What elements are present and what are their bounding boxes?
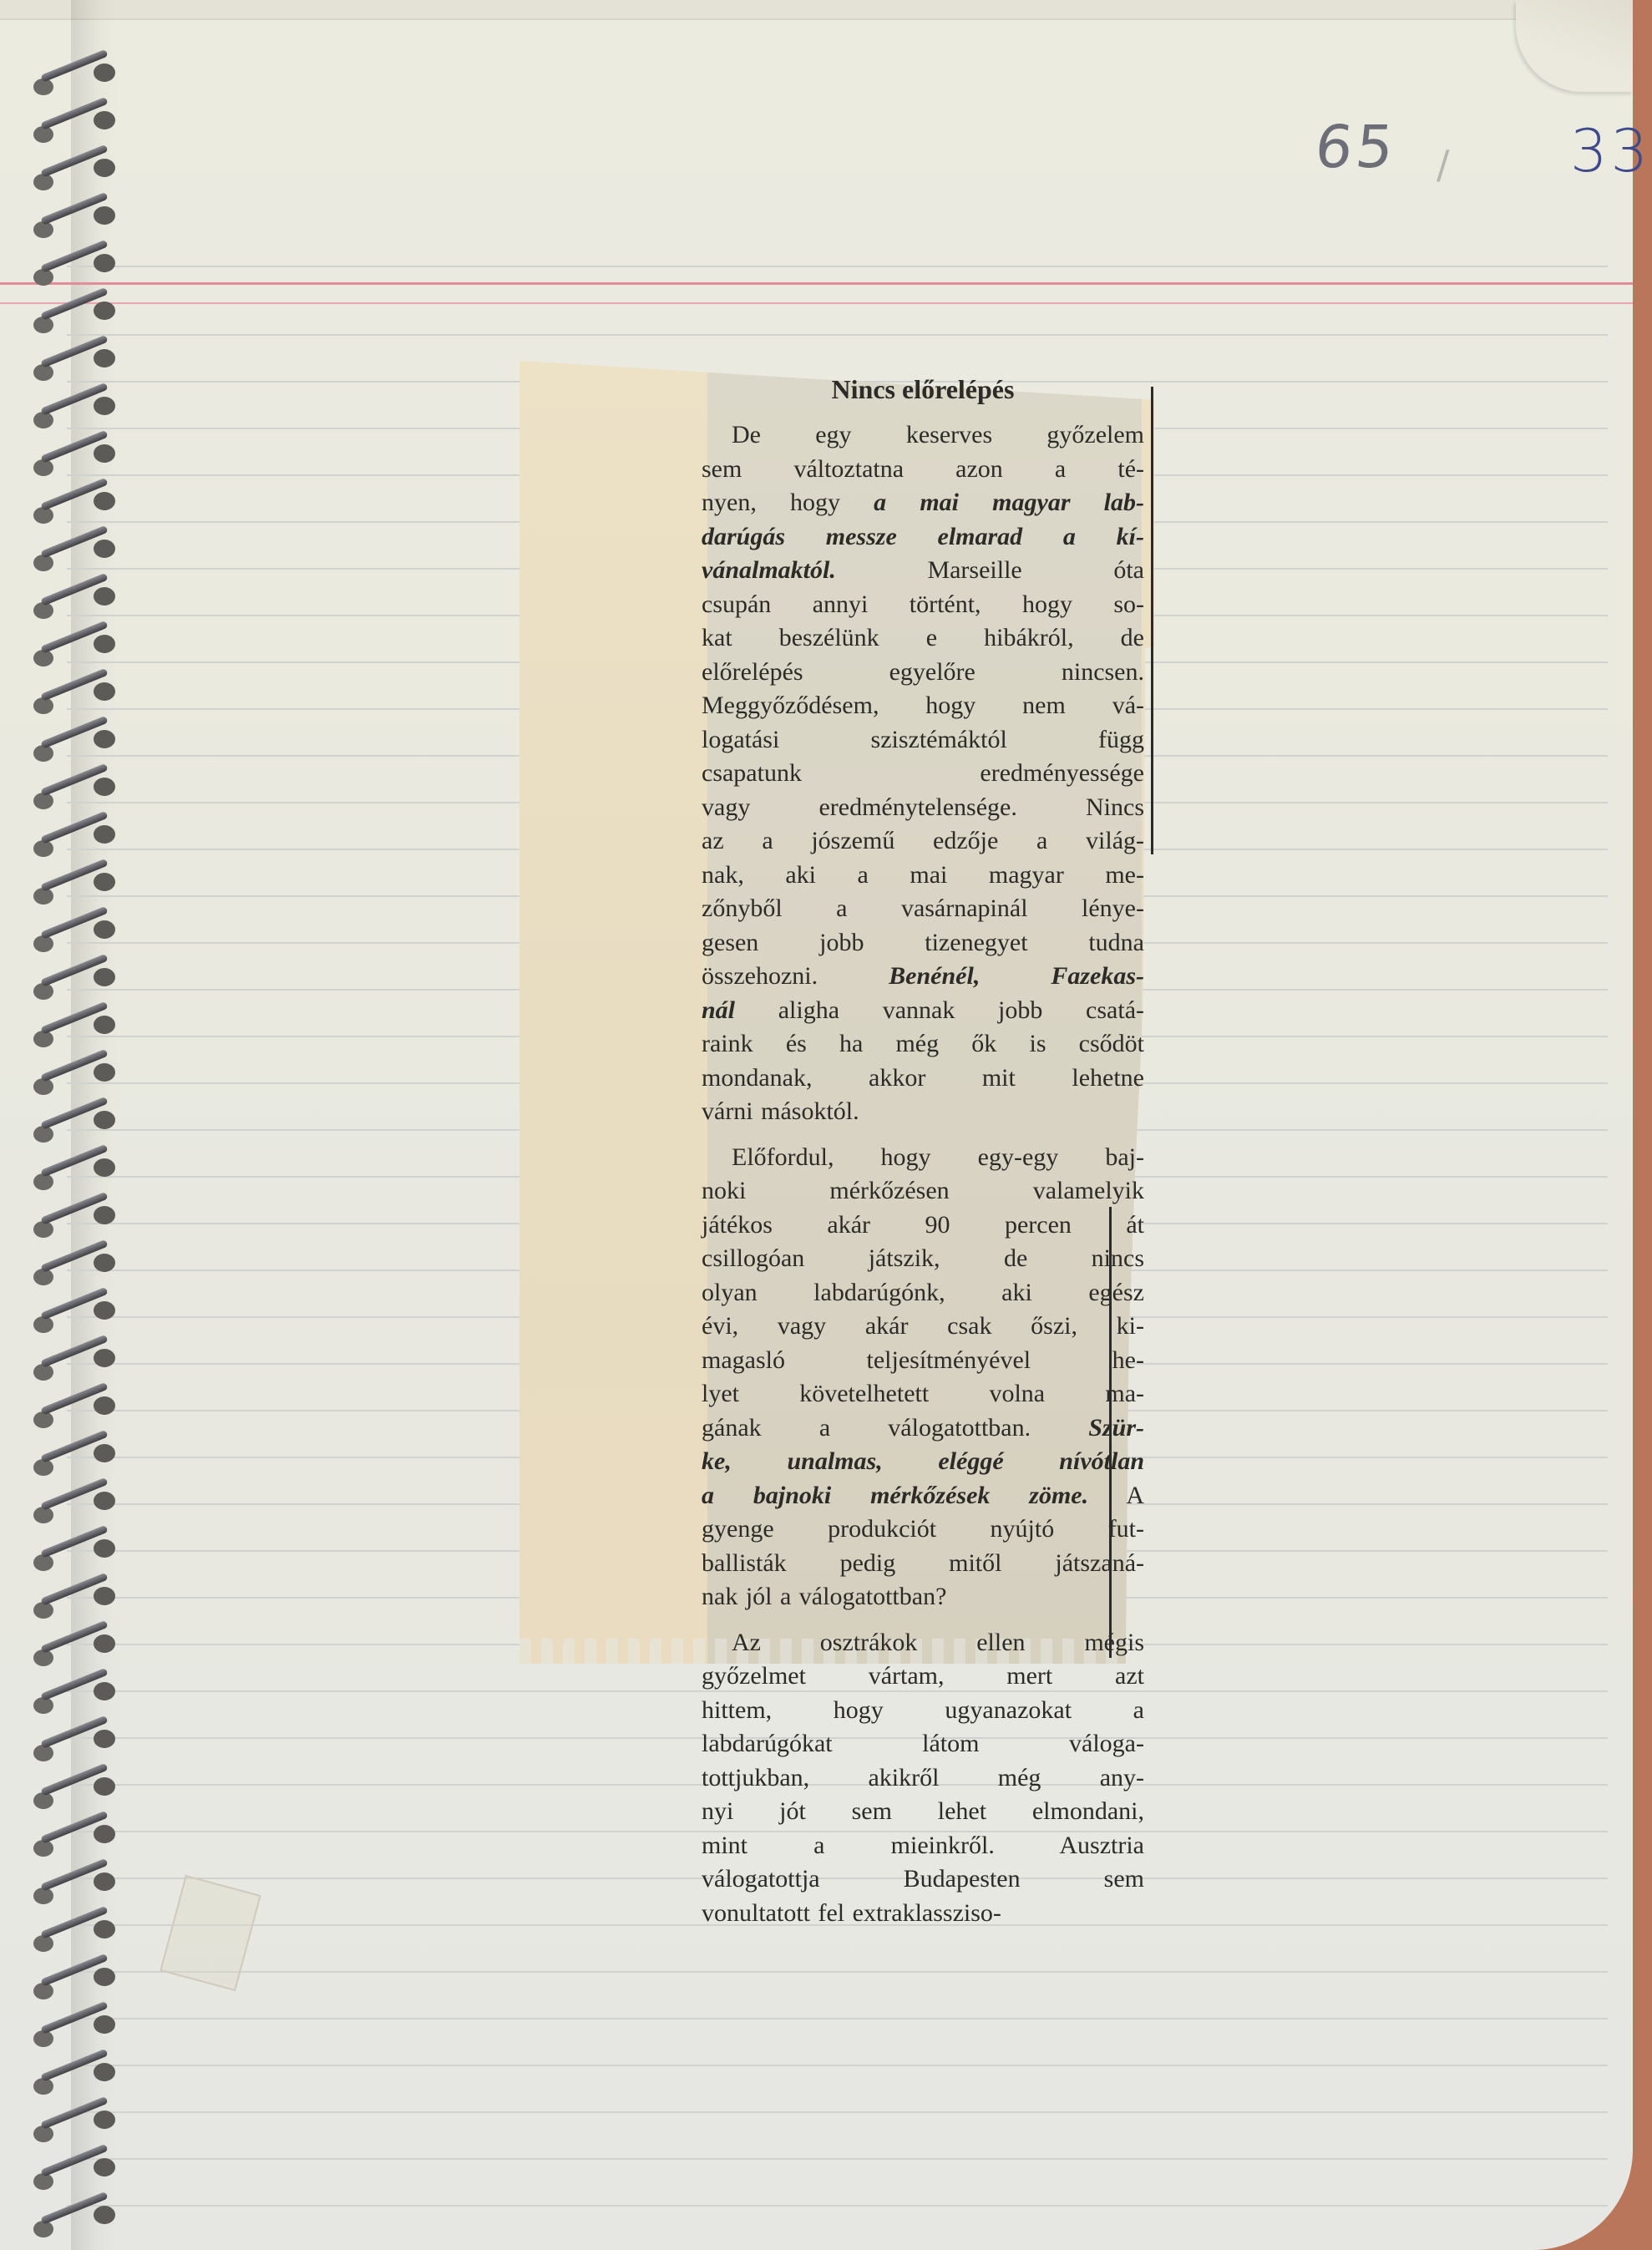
line-text: A [1088,1482,1144,1509]
spiral-coil [33,2161,125,2190]
punch-hole [94,825,115,844]
spiral-coil [33,686,125,714]
punch-hole [94,1206,115,1224]
punch-hole [94,2015,115,2034]
punch-hole [94,778,115,796]
line-text: magasló teljesítményével he- [702,1346,1144,1374]
spiral-coil [33,590,125,619]
emphasis-text: darúgás messze elmarad a kí- [702,523,1144,550]
article: Nincs előrelépés De egy keserves győzele… [702,367,1144,1942]
article-line: a bajnoki mérkőzések zöme. A [702,1479,1144,1513]
line-text: ballisták pedig mitől játszaná- [702,1549,1144,1577]
article-line: De egy keserves győzelem [702,418,1144,453]
article-line: Meggyőződésem, hogy nem vá- [702,689,1144,723]
punch-hole [94,1587,115,1605]
line-text: logatási szisztémáktól függ [702,726,1144,753]
ruled-line [67,1971,1608,1973]
punch-hole [94,1016,115,1034]
line-text: Előfordul, hogy egy-egy baj- [732,1143,1144,1171]
line-text: De egy keserves győzelem [732,421,1144,448]
spiral-coil [33,829,125,857]
article-line: darúgás messze elmarad a kí- [702,520,1144,555]
punch-hole [94,1634,115,1653]
article-line: várni másoktól. [702,1095,1144,1129]
article-line: válogatottja Budapesten sem [702,1862,1144,1897]
article-line: tottjukban, akikről még any- [702,1761,1144,1796]
emphasis-text: a bajnoki mérkőzések zöme. [702,1482,1088,1509]
line-text: Az osztrákok ellen mégis [732,1629,1144,1656]
spiral-coil [33,2066,125,2095]
spiral-coil [33,781,125,809]
ruled-line [67,2018,1608,2019]
page-top-edge [0,0,1545,20]
article-line: noki mérkőzésen valamelyik [702,1174,1144,1209]
line-text: tottjukban, akikről még any- [702,1764,1144,1791]
spiral-coil [33,210,125,238]
red-margin-line [0,302,1633,304]
spiral-coil [33,1495,125,1523]
punch-hole [94,1111,115,1129]
article-line: sem változtatna azon a té- [702,453,1144,487]
punch-hole [94,2206,115,2224]
punch-hole [94,1539,115,1558]
spiral-coil [33,1828,125,1857]
article-line: Előfordul, hogy egy-egy baj- [702,1141,1144,1175]
line-text: zőnyből a vasárnapinál lénye- [702,894,1144,922]
line-text: csupán annyi történt, hogy so- [702,590,1144,618]
emphasis-text: ke, unalmas, eléggé nívótlan [702,1447,1144,1475]
spiral-coil [33,1923,125,1952]
line-text: Marseille óta [836,556,1144,584]
line-text: gának a válogatottban. [702,1414,1088,1442]
article-line: vánalmaktól. Marseille óta [702,554,1144,588]
punch-hole [94,1825,115,1843]
punch-hole [94,1682,115,1700]
red-margin-line [0,282,1633,285]
article-line: ke, unalmas, eléggé nívótlan [702,1445,1144,1479]
punch-hole [94,1444,115,1462]
punch-hole [94,873,115,891]
article-line: gesen jobb tizenegyet tudna [702,926,1144,960]
article-line: nak jól a válogatottban? [702,1580,1144,1614]
punch-hole [94,920,115,939]
article-line: győzelmet vártam, mert azt [702,1660,1144,1694]
article-body: De egy keserves győzelemsem változtatna … [702,418,1144,1930]
punch-hole [94,730,115,748]
article-line: hittem, hogy ugyanazokat a [702,1694,1144,1728]
spiral-coil [33,1685,125,1714]
line-text: lyet követelhetett volna ma- [702,1380,1144,1407]
line-text: győzelmet vártam, mert azt [702,1662,1144,1690]
line-text: hittem, hogy ugyanazokat a [702,1696,1144,1724]
spiral-coil [33,543,125,571]
ruled-line [67,334,1608,336]
spiral-coil [33,2114,125,2142]
spiral-coil [33,352,125,381]
emphasis-text: a mai magyar lab- [874,489,1144,516]
spiral-coil [33,1400,125,1428]
article-line: magasló teljesítményével he- [702,1344,1144,1378]
article-line: az a jószemű edzője a világ- [702,824,1144,859]
punch-hole [94,2063,115,2081]
line-text: nak jól a válogatottban? [702,1583,946,1610]
punch-hole [94,2111,115,2129]
punch-hole [94,1063,115,1082]
spiral-coil [33,733,125,762]
emphasis-text: Benénél, Fazekas- [889,962,1144,990]
article-line: nak, aki a mai magyar me- [702,859,1144,893]
line-text: mondanak, akkor mit lehetne [702,1064,1144,1092]
line-text: noki mérkőzésen valamelyik [702,1177,1144,1204]
punch-hole [94,1872,115,1891]
article-line: labdarúgókat látom váloga- [702,1727,1144,1761]
line-text: várni másoktól. [702,1097,859,1125]
spiral-coil [33,1543,125,1571]
article-line: nyen, hogy a mai magyar lab- [702,486,1144,520]
ruled-line [67,2205,1608,2207]
punch-hole [94,1920,115,1938]
spiral-coil [33,1971,125,1999]
line-text: játékos akár 90 percen át [702,1211,1144,1239]
punch-hole [94,397,115,415]
article-paragraph: Előfordul, hogy egy-egy baj-noki mérkőzé… [702,1141,1144,1614]
article-line: lyet követelhetett volna ma- [702,1377,1144,1411]
spiral-coil [33,305,125,333]
spiral-coil [33,162,125,190]
line-text: mint a mieinkről. Ausztria [702,1832,1144,1859]
punch-hole [94,587,115,606]
line-text: kat beszélünk e hibákról, de [702,624,1144,651]
line-text: csapatunk eredményessége [702,759,1144,787]
line-text: az a jószemű edzője a világ- [702,827,1144,854]
ruled-line [67,2158,1608,2160]
article-line: gának a válogatottban. Szür- [702,1411,1144,1446]
spiral-coil [33,1209,125,1238]
spiral-coil [33,1590,125,1619]
line-text: gesen jobb tizenegyet tudna [702,929,1144,956]
article-line: csillogóan játszik, de nincs [702,1242,1144,1276]
punch-hole [94,111,115,129]
line-text: gyenge produkciót nyújtó fut- [702,1515,1144,1543]
spiral-coil [33,2019,125,2047]
line-text: olyan labdarúgónk, aki egész [702,1279,1144,1306]
line-text: összehozni. [702,962,889,990]
article-line: Az osztrákok ellen mégis [702,1626,1144,1660]
ruled-line [67,2111,1608,2113]
punch-hole [94,349,115,367]
spiral-coil [33,1638,125,1666]
spiral-coil [33,2209,125,2237]
line-text: válogatottja Budapesten sem [702,1865,1144,1893]
article-line: összehozni. Benénél, Fazekas- [702,960,1144,994]
punch-hole [94,444,115,463]
spiral-coil [33,1781,125,1809]
spiral-coil [33,876,125,905]
spiral-coil [33,448,125,476]
line-text: vagy eredménytelensége. Nincs [702,793,1144,821]
article-line: raink és ha még ők is csődöt [702,1027,1144,1062]
ruled-line [67,2065,1608,2066]
article-line: csapatunk eredményessége [702,757,1144,791]
spiral-coil [33,400,125,428]
spiral-coil [33,971,125,1000]
line-text: aligha vannak jobb csatá- [735,996,1144,1024]
punch-hole [94,302,115,320]
spiral-coil [33,1114,125,1143]
line-text: nyen, hogy [702,489,874,516]
line-text: Meggyőződésem, hogy nem vá- [702,692,1144,719]
line-text: vonultatott fel extraklassziso- [702,1899,1001,1927]
spiral-coil [33,1305,125,1333]
spiral-coil [33,1733,125,1761]
line-text: sem változtatna azon a té- [702,455,1144,483]
article-line: vonultatott fel extraklassziso- [702,1897,1144,1931]
punch-hole [94,968,115,986]
article-line: ballisták pedig mitől játszaná- [702,1547,1144,1581]
faint-pencil-mark: / [1437,142,1453,187]
line-text: előrelépés egyelőre nincsen. [702,658,1144,686]
punch-hole [94,1968,115,1986]
spiral-coil [33,1067,125,1095]
tape-residue [160,1875,261,1991]
article-line: nyi jót sem lehet elmondani, [702,1795,1144,1829]
punch-hole [94,540,115,558]
emphasis-text: Szür- [1088,1414,1144,1442]
line-text: évi, vagy akár csak őszi, ki- [702,1312,1144,1340]
article-line: csupán annyi történt, hogy so- [702,588,1144,622]
punch-hole [94,1301,115,1320]
line-text: nyi jót sem lehet elmondani, [702,1797,1144,1825]
punch-hole [94,159,115,177]
article-paragraph: Az osztrákok ellen mégisgyőzelmet vártam… [702,1626,1144,1931]
article-line: zőnyből a vasárnapinál lénye- [702,892,1144,926]
article-line: mondanak, akkor mit lehetne [702,1062,1144,1096]
line-text: nak, aki a mai magyar me- [702,861,1144,889]
spiral-coil [33,1257,125,1285]
punch-hole [94,206,115,225]
article-line: játékos akár 90 percen át [702,1209,1144,1243]
article-line: logatási szisztémáktól függ [702,723,1144,758]
punch-hole [94,1254,115,1272]
article-line: nál aligha vannak jobb csatá- [702,994,1144,1028]
folded-corner [1516,0,1633,92]
spiral-coil [33,257,125,286]
spiral-coil [33,495,125,524]
spiral-coil [33,1162,125,1190]
punch-hole [94,1777,115,1796]
article-line: olyan labdarúgónk, aki egész [702,1276,1144,1310]
punch-hole [94,2158,115,2177]
spiral-coil [33,1876,125,1904]
spiral-coil [33,1352,125,1381]
punch-hole [94,635,115,653]
punch-hole [94,1349,115,1367]
spiral-coil [33,924,125,952]
article-headline: Nincs előrelépés [702,374,1144,405]
spiral-coil [33,67,125,95]
handwritten-number-65: 65 [1312,113,1401,181]
punch-hole [94,492,115,510]
article-paragraph: De egy keserves győzelemsem változtatna … [702,418,1144,1129]
punch-hole [94,1730,115,1748]
punch-hole [94,1396,115,1415]
ruled-line [67,266,1608,267]
line-text: raink és ha még ők is csődöt [702,1030,1144,1057]
article-line: gyenge produkciót nyújtó fut- [702,1513,1144,1547]
punch-hole [94,682,115,701]
spiral-coil [33,1447,125,1476]
line-text: labdarúgókat látom váloga- [702,1730,1144,1757]
emphasis-text: vánalmaktól. [702,556,836,584]
punch-hole [94,1158,115,1177]
column-rule [1151,387,1153,854]
emphasis-text: nál [702,996,735,1024]
line-text: csillogóan játszik, de nincs [702,1244,1144,1272]
punch-hole [94,63,115,82]
article-line: mint a mieinkről. Ausztria [702,1829,1144,1863]
article-line: évi, vagy akár csak őszi, ki- [702,1310,1144,1344]
spiral-coil [33,638,125,666]
spiral-coil [33,114,125,143]
article-line: vagy eredménytelensége. Nincs [702,791,1144,825]
handwritten-number-33: 33 [1570,117,1651,185]
punch-hole [94,1492,115,1510]
article-line: kat beszélünk e hibákról, de [702,621,1144,656]
punch-hole [94,254,115,272]
article-line: előrelépés egyelőre nincsen. [702,656,1144,690]
spiral-coil [33,1019,125,1047]
